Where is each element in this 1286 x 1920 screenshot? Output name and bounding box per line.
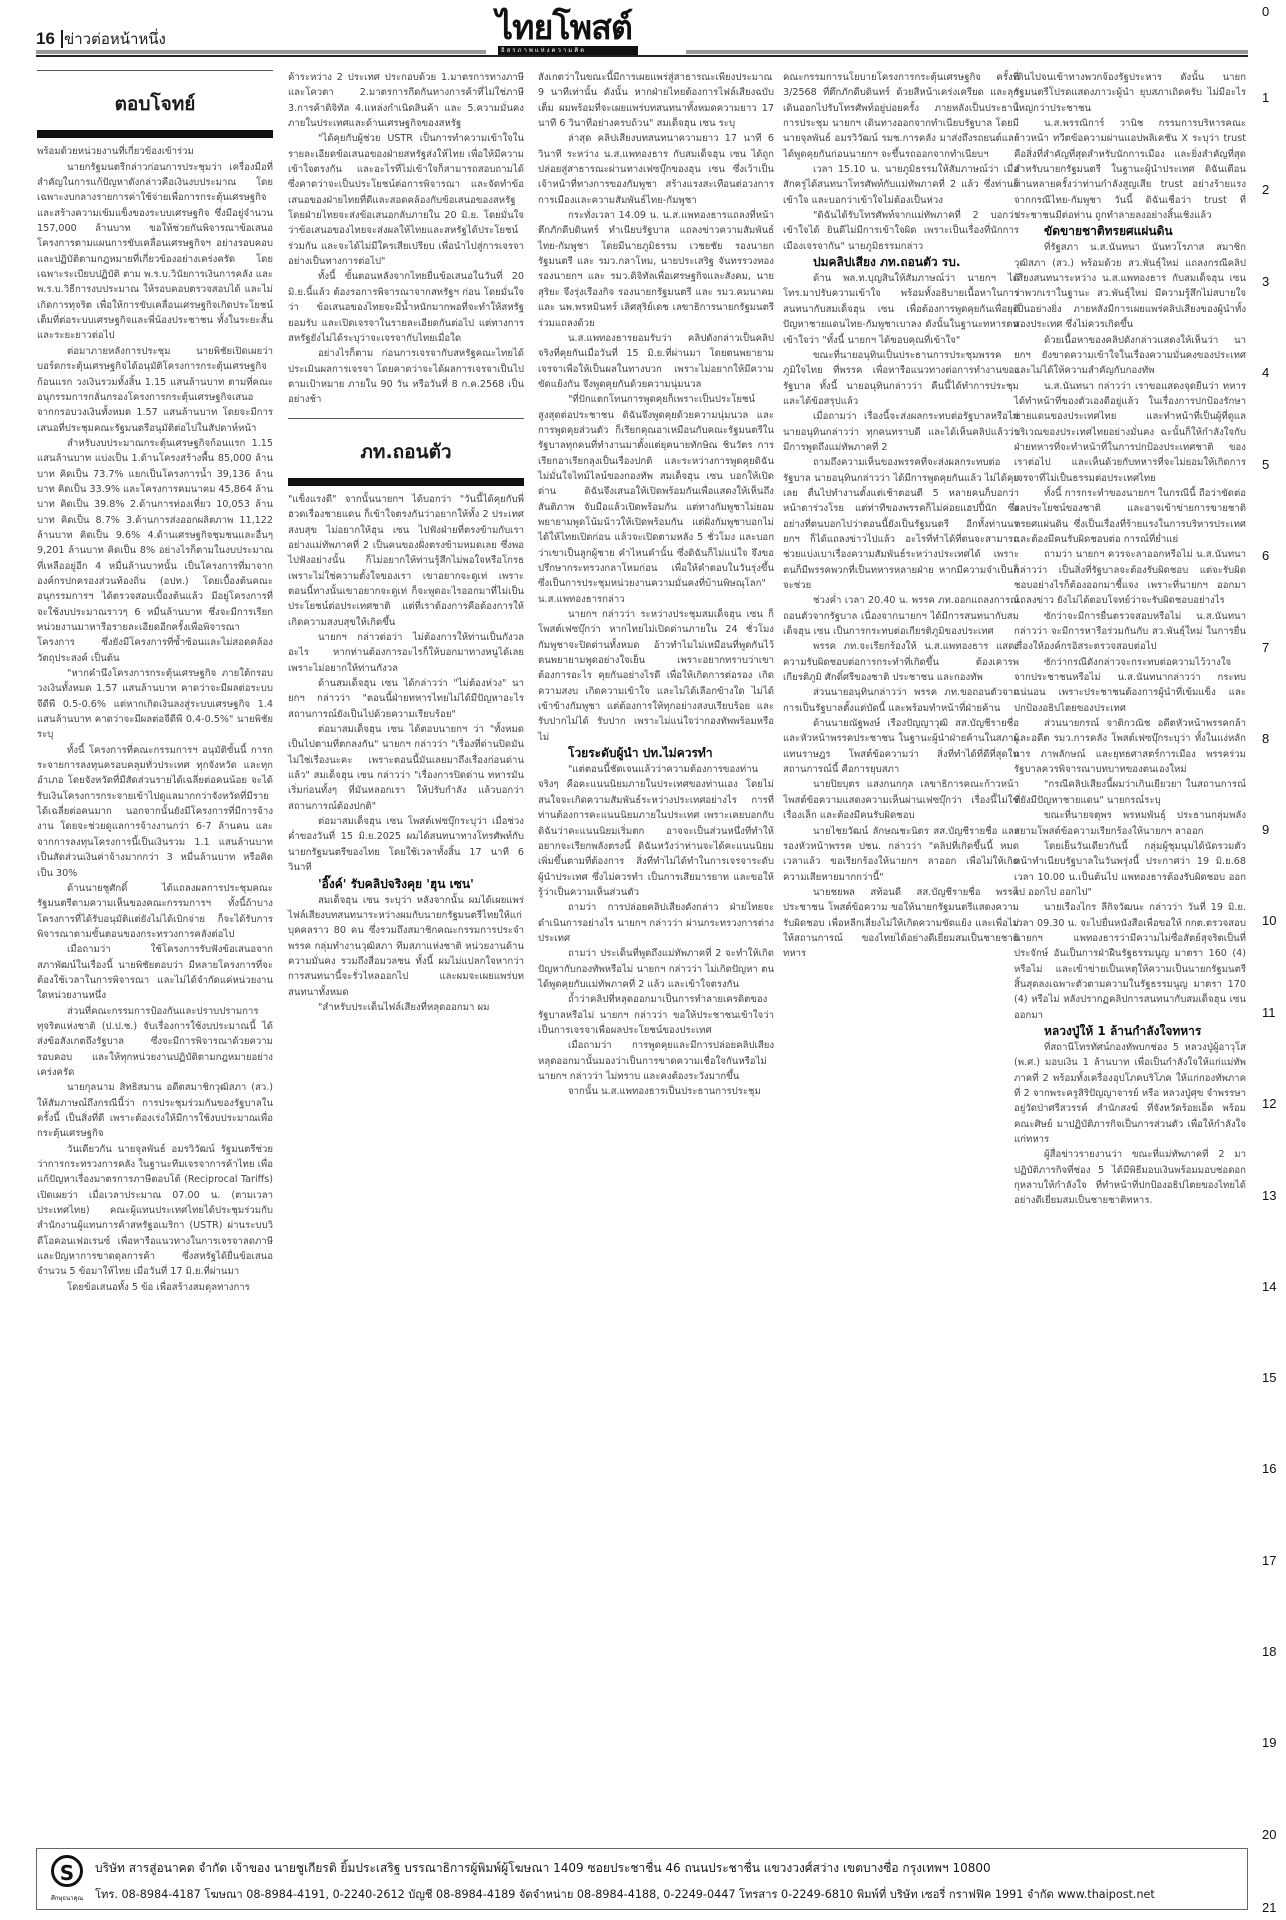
page-number: 16 xyxy=(36,30,63,48)
article-paragraph: ถามว่า ประเด็นที่พูดถึงแม่ทัพภาคที่ 2 จะ… xyxy=(538,946,774,992)
article-paragraph: น.ส.พรรณิการ์ วานิช กรรมการบริหารคณะก้าว… xyxy=(1014,116,1246,223)
margin-number: 7 xyxy=(1262,640,1269,655)
article-paragraph: ส่วนนายกรณ์ จาติกวณิช อดีตหัวหน้าพรรคกล้… xyxy=(1014,716,1246,777)
margin-number: 16 xyxy=(1262,1461,1276,1476)
article-paragraph: ช่วงค่ำ เวลา 20.40 น. พรรค ภท.ออกแถลงการ… xyxy=(783,593,1019,639)
header-rule xyxy=(36,55,1248,57)
header-grey-rule-right xyxy=(686,50,1248,54)
subheading: หลวงปู่ให้ 1 ล้านกำลังใจทหาร xyxy=(1014,1023,1246,1040)
article-paragraph: ทั้งนี้ ขั้นตอนหลังจากไทยยื่นข้อเสนอในวั… xyxy=(288,269,524,346)
article-paragraph: อย่างไรก็ตาม ก่อนการเจรจากับสหรัฐคณะไทยไ… xyxy=(288,346,524,407)
article-paragraph: นายปิยบุตร แสงกนกกุล เลขาธิการคณะก้าวหน้… xyxy=(783,777,1019,823)
margin-number: 18 xyxy=(1262,1644,1276,1659)
margin-number: 0 xyxy=(1262,4,1269,19)
page-header: 16 ข่าวต่อหน้าหนึ่ง ไทยโพสต์ อิสรภาพแห่ง… xyxy=(36,10,1248,56)
masthead-name: ไทยโพสต์ xyxy=(496,10,632,46)
publisher-contact: โทร. 08-8984-4187 โฆษณา 08-8984-4191, 0-… xyxy=(95,1885,1155,1903)
article-paragraph: พร้อมด้วยหน่วยงานที่เกี่ยวข้องเข้าร่วม xyxy=(37,144,273,159)
article-column-2: ค้าระหว่าง 2 ประเทศ ประกอบด้วย 1.มาตรการ… xyxy=(288,70,524,1015)
article-paragraph: ถ้ำว่าคลิปที่หลุดออกมาเป็นการทำลายเครดิต… xyxy=(538,992,774,1038)
article-paragraph: ต่อมาสมเด็จฮุน เซน ได้ตอบนายกฯ ว่า "ทั้ง… xyxy=(288,722,524,814)
article-paragraph: โดยข้อเสนอทั้ง 5 ข้อ เพื่อสร้างสมดุลทางก… xyxy=(37,1280,273,1295)
article-paragraph: น.ส.แพทองธารยอมรับว่า คลิปดังกล่าวเป็นคล… xyxy=(538,331,774,392)
article-paragraph: ที่สถานีโทรทัศน์กองทัพบกช่อง 5 หลวงปู่ผู… xyxy=(1014,1040,1246,1147)
margin-number: 13 xyxy=(1262,1188,1276,1203)
masthead-tagline: อิสรภาพแห่งความคิด xyxy=(498,46,638,55)
margin-number: 21 xyxy=(1262,1900,1276,1915)
article-paragraph: เมื่อถามว่า เรื่องนี้จะส่งผลกระทบต่อรัฐบ… xyxy=(783,409,1019,455)
article-column-5: เดินไปจนเข้าทางพวกจ้องรัฐประหาร ดังนั้น … xyxy=(1014,70,1246,1209)
article-paragraph: จากนั้น น.ส.แพทองธารเป็นประธานการประชุม xyxy=(538,1084,774,1099)
article-paragraph: ล่าสุด คลิปเสียงบทสนทนาความยาว 17 นาที 6… xyxy=(538,131,774,208)
box-heading: ตอบโจทย์ xyxy=(37,70,273,138)
margin-number: 8 xyxy=(1262,731,1269,746)
article-paragraph: สังเกตว่าในขณะนี้มีการเผยแพร่สู่สาธารณะเ… xyxy=(538,70,774,131)
section-title: ข่าวต่อหน้าหนึ่ง xyxy=(64,30,166,48)
article-paragraph: "ที่ปักแตกโทนการพูดคุยก็เพราะเป็นประโยชน… xyxy=(538,392,774,607)
article-paragraph: "กรณีคลิปเสียงนี้ผมว่าเกินเยียวยา ในสถาน… xyxy=(1014,777,1246,808)
article-paragraph: พรรค ภท.จะเรียกร้องให้ น.ส.แพทองธาร แสดง… xyxy=(783,639,1019,685)
article-paragraph: ถามถึงความเห็นของพรรคที่จะส่งผลกระทบต่อร… xyxy=(783,455,1019,593)
article-paragraph: นายกรัฐมนตรีกล่าวก่อนการประชุมว่า เครื่อ… xyxy=(37,160,273,344)
article-paragraph: "แข็งแรงดี" จากนั้นนายกฯ ได้บอกว่า "วันน… xyxy=(288,492,524,630)
article-paragraph: ต่อมาสมเด็จฮุน เซน โพสต์เฟซบุ๊กระบุว่า เ… xyxy=(288,814,524,875)
article-column-3: สังเกตว่าในขณะนี้มีการเผยแพร่สู่สาธารณะเ… xyxy=(538,70,774,1100)
article-paragraph: กระทั่งเวลา 14.09 น. น.ส.แพทองธารแถลงที่… xyxy=(538,208,774,331)
margin-number: 4 xyxy=(1262,365,1269,380)
article-paragraph: ทั้งนี้ โครงการที่คณะกรรมการฯ อนุมัติขั้… xyxy=(37,743,273,881)
article-paragraph: นายกฯ กล่าวว่า ระหว่างประชุมสมเด็จฮุน เซ… xyxy=(538,607,774,745)
article-paragraph: ด้านสมเด็จฮุน เซน ได้กล่าวว่า "ไม่ต้องห่… xyxy=(288,676,524,722)
header-grey-rule-left xyxy=(36,50,486,54)
article-paragraph: "ได้คุยกับผู้ช่วย USTR เป็นการทำความเข้า… xyxy=(288,131,524,269)
margin-number: 6 xyxy=(1262,548,1269,563)
box-heading: ภท.ถอนตัว xyxy=(288,418,524,486)
margin-number: 12 xyxy=(1262,1096,1276,1111)
article-paragraph: "หากคำนึงโครงการกระตุ้นเศรษฐกิจ ภายใต้กร… xyxy=(37,666,273,743)
margin-number: 14 xyxy=(1262,1279,1276,1294)
article-paragraph: นายชยพล สท้อนดี สส.บัญชีรายชื่อ พรรคประช… xyxy=(783,885,1019,962)
article-paragraph: ผู้สื่อข่าวรายงานว่า ขณะที่แม่ทัพภาคที่ … xyxy=(1014,1147,1246,1208)
article-paragraph: เมื่อถามว่า ใช้โครงการรับฟังข้อเสนอจากสภ… xyxy=(37,942,273,1003)
margin-number: 1 xyxy=(1262,90,1269,105)
margin-number: 3 xyxy=(1262,274,1269,289)
margin-number: 2 xyxy=(1262,182,1269,197)
article-column-1: ตอบโจทย์ พร้อมด้วยหน่วยงานที่เกี่ยวข้องเ… xyxy=(37,70,273,1295)
article-paragraph: นายกุลนาม สิทธิสมาน อดีตสมาชิกวุฒิสภา (ส… xyxy=(37,1080,273,1141)
margin-number: 17 xyxy=(1262,1553,1276,1568)
margin-number: 9 xyxy=(1262,822,1269,837)
article-paragraph: ต่อมาภายหลังการประชุม นายพิชัยเปิดเผยว่า… xyxy=(37,344,273,436)
publisher-footer: S ศึกษุธนาคุณ บริษัท สารสู่อนาคต จำกัด เ… xyxy=(36,1848,1248,1910)
article-paragraph: ด้านนายณัฐพงษ์ เรืองปัญญาวุฒิ สส.บัญชีรา… xyxy=(783,716,1019,777)
article-paragraph: ซักว่ากรณีดังกล่าวจะกระทบต่อความไว้วางใจ… xyxy=(1014,655,1246,716)
article-paragraph: ด้าน พล.ท.บุญสินให้สัมภาษณ์ว่า นายกฯ ได้… xyxy=(783,271,1019,348)
article-paragraph: สำหรับงบประมาณกระตุ้นเศรษฐกิจก้อนแรก 1.1… xyxy=(37,436,273,666)
article-paragraph: สมเด็จฮุน เซน ระบุว่า หลังจากนั้น ผมได้เ… xyxy=(288,893,524,1000)
article-paragraph: ที่รัฐสภา น.ส.นันทนา นันทวโรภาส สมาชิกวุ… xyxy=(1014,240,1246,332)
publisher-info: บริษัท สารสู่อนาคต จำกัด เจ้าของ นายชูเก… xyxy=(95,1859,991,1878)
article-paragraph: "แต่ตอนนี้ชัดเจนแล้วว่าความต้องการของท่า… xyxy=(538,762,774,900)
margin-number: 10 xyxy=(1262,913,1276,928)
article-paragraph: เดินไปจนเข้าทางพวกจ้องรัฐประหาร ดังนั้น … xyxy=(1014,70,1246,116)
article-paragraph: ด้านนายชูศักดิ์ ได้แถลงผลการประชุมคณะรัฐ… xyxy=(37,881,273,942)
subheading: ขัดขายชาติทรยศแผ่นดิน xyxy=(1014,223,1246,240)
article-paragraph: คณะกรรมการนโยบายโครงการกระตุ้นเศรษฐกิจ ค… xyxy=(783,70,1019,162)
masthead-logo: ไทยโพสต์ อิสรภาพแห่งความคิด xyxy=(496,10,726,56)
article-paragraph: ด้วยเนื้อหาของคลิปดังกล่าวแสดงให้เห็นว่า… xyxy=(1014,333,1246,379)
logo-caption: ศึกษุธนาคุณ xyxy=(49,1893,85,1903)
article-paragraph: ค้าระหว่าง 2 ประเทศ ประกอบด้วย 1.มาตรการ… xyxy=(288,70,524,131)
subheading: 'อิ๊งค์' รับคลิปจริงคุย 'ฮุน เซน' xyxy=(288,876,524,893)
article-paragraph: ส่วนที่คณะกรรมการป้องกันและปราบปรามการทุ… xyxy=(37,1004,273,1081)
newspaper-page: 16 ข่าวต่อหน้าหนึ่ง ไทยโพสต์ อิสรภาพแห่ง… xyxy=(0,0,1286,1920)
article-paragraph: "สำหรับประเด็นไฟล์เสียงที่หลุดออกมา ผม xyxy=(288,1000,524,1015)
margin-number: 19 xyxy=(1262,1735,1276,1750)
margin-number: 20 xyxy=(1262,1827,1276,1842)
subheading: ปมคลิปเสียง ภท.ถอนตัว รบ. xyxy=(783,254,1019,271)
margin-number: 11 xyxy=(1262,1005,1276,1020)
margin-number: 15 xyxy=(1262,1370,1276,1385)
article-paragraph: โดยเย็นวันเดียวกันนี้ กลุ่มผู้ชุมนุมได้น… xyxy=(1014,839,1246,900)
margin-number: 5 xyxy=(1262,457,1269,472)
article-paragraph: ส่วนนายอนุทินกล่าวว่า พรรค ภท.ขอถอนตัวจา… xyxy=(783,685,1019,716)
logo-s-glyph: S xyxy=(49,1855,85,1891)
article-paragraph: เวลา 15.10 น. นายภูมิธรรมให้สัมภาษณ์ว่า … xyxy=(783,162,1019,208)
article-paragraph: ทั้งนี้ การกระทำของนายกฯ ในกรณีนี้ ถือว่… xyxy=(1014,486,1246,547)
article-paragraph: "ดิฉันได้รับโทรศัพท์จากแม่ทัพภาคที่ 2 บอ… xyxy=(783,208,1019,254)
article-column-4: คณะกรรมการนโยบายโครงการกระตุ้นเศรษฐกิจ ค… xyxy=(783,70,1019,962)
article-paragraph: ถามว่า นายกฯ ควรจะลาออกหรือไม่ น.ส.นันทน… xyxy=(1014,547,1246,608)
article-paragraph: ขณะที่นายอนุทินเป็นประธานการประชุมพรรคภู… xyxy=(783,348,1019,409)
article-paragraph: นายกฯ กล่าวต่อว่า ไม่ต้องการให้ท่านเป็นก… xyxy=(288,630,524,676)
article-paragraph: เมื่อถามว่า การพูดคุยและมีการปล่อยคลิปเส… xyxy=(538,1038,774,1084)
article-paragraph: น.ส.นันทนา กล่าวว่า เราขอแสดงจุดยืนว่า ท… xyxy=(1014,379,1246,486)
article-paragraph: ซักว่าจะมีการยื่นตรวจสอบหรือไม่ น.ส.นันท… xyxy=(1014,609,1246,655)
article-paragraph: วันเดียวกัน นายจุลพันธ์ อมรวิวัฒน์ รัฐมน… xyxy=(37,1142,273,1280)
publisher-logo-icon: S ศึกษุธนาคุณ xyxy=(49,1855,85,1903)
article-paragraph: นายไชยวัฒน์ ลักษณชะนิตร สส.บัญชีรายชื่อ … xyxy=(783,824,1019,885)
article-paragraph: ถามว่า การปล่อยคลิปเสียงดังกล่าว ฝ่ายไทย… xyxy=(538,900,774,946)
article-paragraph: นายเรืองไกร ลีกิจวัฒนะ กล่าวว่า วันที่ 1… xyxy=(1014,900,1246,1023)
subheading: โวยระดับผู้นำ ปท.ไม่ควรทำ xyxy=(538,745,774,762)
article-paragraph: ขณะที่นายจตุพร พรหมพันธุ์ ประธานกลุ่มพลั… xyxy=(1014,808,1246,839)
